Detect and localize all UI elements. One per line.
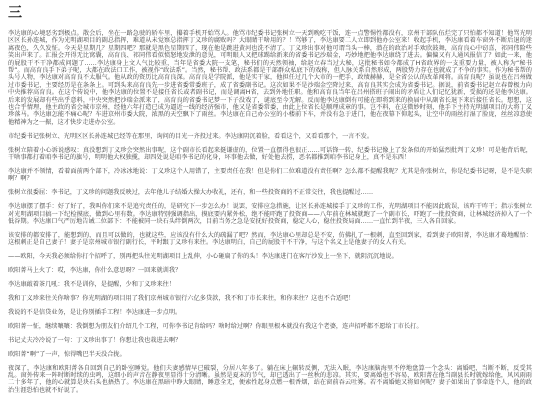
paragraph: 该安排的都安排了，能想到的，而且可以做的，也就这些，应该没有什么大的疏漏了吧？然… [8, 232, 532, 247]
paragraph: 李达康摆了摆手：好了好了，我叫你们来不是追究责任的，是研究下一步怎么办！说罢，安… [8, 203, 532, 225]
paragraph: 市纪委书记张树立、光明区区长孙连城已经等在那里，询问的目光一齐投过来。李达康阴沉… [8, 133, 532, 140]
chapter-heading: 三 [8, 5, 532, 21]
paragraph: 我说的不是信贷业务，是让你别插手工程！李达康进一步点明。 [8, 309, 532, 316]
paragraph: 欧阳菁马上火了：哎，李达康，你什么意思呀？一回来就训我？ [8, 267, 532, 274]
paragraph: 欧阳菁“啊”了一声，惊得嘴巴半天没合拢。 [8, 351, 532, 358]
paragraph: 李达康敲着茶几吼：我不是训你，是提醒，少和丁义珍来往！ [8, 281, 532, 288]
paragraph: 夜深了，李达康和欧阳菁各自回到自己的卧室睡觉。他们夫妻感情早已破裂，分居八年多了… [8, 365, 532, 395]
chapter-body: 李达康的心境恶劣到极点。散会后，坐在一路急驶的轿车里，攥着手机开始骂人。他骂市纪… [8, 30, 532, 394]
paragraph: 张树立很委屈：李书记，丁义珍的问题我反映过，去年他儿子结婚大操大办收礼，还有，和… [8, 189, 532, 196]
paragraph: 我和丁义珍来往关你啥事？你光明湖的项目用了我们京州城市银行六亿多贷款，我不和丁市… [8, 295, 532, 302]
paragraph: ——欧阳，今天我必须给你打个招呼了，别再把头往光明湖项目上乱伸，小心砸扁了你的头… [8, 253, 532, 260]
paragraph: 张树立陪着小心诉说感叹：真没想到丁义珍会突然出事呢，这个副市长看起来挺谦虚的，位… [8, 147, 532, 162]
paragraph: 欧阳菁一怔，继续嚷嚷：我倒想为朋友们介绍几个工程，可你李书记肯给吗？啥时给过啊？… [8, 323, 532, 330]
document-page: 三 李达康的心境恶劣到极点。散会后，坐在一路急驶的轿车里，攥着手机开始骂人。他骂… [0, 0, 540, 405]
paragraph: 书记丈夫冷冷说了一句：丁义珍出事了！你想让我也栽进去啊？ [8, 337, 532, 344]
paragraph: 李达康的心境恶劣到极点。散会后，坐在一路急驶的轿车里，攥着手机开始骂人。他骂市纪… [8, 30, 532, 126]
paragraph: 李达康并不领情，看着面前两个部下，冷冰冰地说：丁义珍这个人用错了，主要责任在我！… [8, 168, 532, 183]
